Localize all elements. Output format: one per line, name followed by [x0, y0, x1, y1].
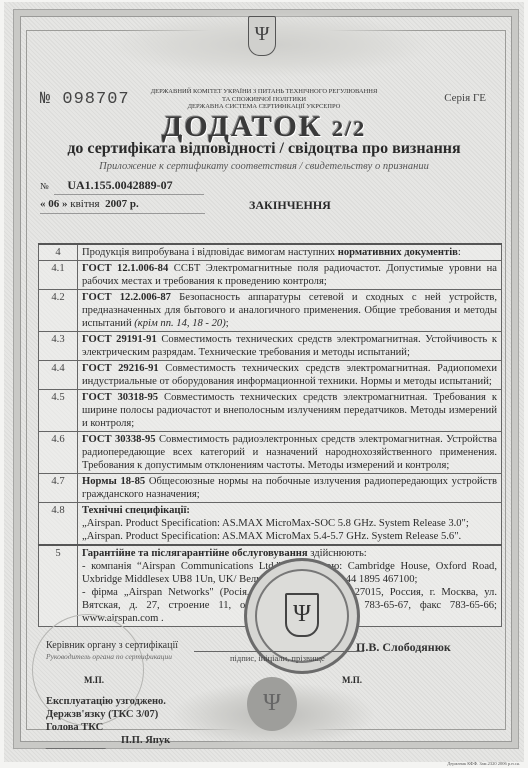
title-page: 2/2	[332, 116, 366, 141]
status-label: ЗАКІНЧЕННЯ	[249, 198, 331, 213]
row-bold: Нормы 18-85	[82, 476, 145, 487]
row-text: ГОСТ 12.2.006-87 Безопасность аппаратуры…	[78, 290, 502, 332]
cert-number-label: №	[40, 181, 49, 191]
date-month: квітня	[70, 198, 99, 210]
committee-line-2: та споживчої політики	[124, 96, 404, 104]
row-number: 5	[39, 545, 78, 627]
subtitle: до сертифіката відповідності / свідоцтва…	[4, 140, 524, 158]
row-text: ГОСТ 30338-95 Совместимость радиоэлектро…	[78, 432, 502, 474]
row-text: Технічні специфікації:„Airspan. Product …	[78, 503, 502, 546]
trident-crest-icon: Ψ	[248, 16, 276, 56]
cert-number-underline	[54, 194, 204, 195]
date-year: 2007 р.	[105, 198, 139, 210]
row-text: Общесоюзные нормы на побочные излучения …	[82, 476, 497, 500]
certificate-sheet: Ψ № 098707 Державний комітет України з п…	[4, 2, 524, 762]
row-number: 4.3	[39, 332, 78, 361]
table-row: 4Продукція випробувана і відповідає вимо…	[39, 244, 502, 261]
blank-number: № 098707	[40, 90, 130, 109]
row-text: ГОСТ 29216-91 Совместимость технических …	[78, 361, 502, 390]
approval-line-2: Держзв'язку (ТКС 3/07)	[46, 708, 166, 721]
certificate-number: № UA1.155.0042889-07	[40, 178, 173, 193]
row-bold: ГОСТ 12.1.006-84	[82, 263, 168, 274]
row-number: 4	[39, 244, 78, 261]
table-row: 4.5ГОСТ 30318-95 Совместимость техническ…	[39, 390, 502, 432]
row-tail-bold: нормативних документів	[338, 247, 458, 258]
row-tail: :	[458, 247, 461, 258]
table-row: 4.7Нормы 18-85 Общесоюзные нормы на побо…	[39, 474, 502, 503]
approval-line-1: Експлуатацію узгоджено.	[46, 695, 166, 708]
date-day: « 06 »	[40, 198, 68, 210]
trident-seal-icon: Ψ	[285, 593, 319, 637]
row-number: 4.1	[39, 261, 78, 290]
row-text: ГОСТ 29191-91 Совместимость технических …	[78, 332, 502, 361]
row-text: ГОСТ 12.1.006-84 ССБТ Электромагнитные п…	[78, 261, 502, 290]
table-row: 4.4ГОСТ 29216-91 Совместимость техническ…	[39, 361, 502, 390]
row-number: 4.4	[39, 361, 78, 390]
row-number: 4.5	[39, 390, 78, 432]
table-row: 4.8Технічні специфікації:„Airspan. Produ…	[39, 503, 502, 546]
row-bold: Гарантійне та післягарантійне обслуговув…	[82, 548, 308, 559]
table-row: 4.6ГОСТ 30338-95 Совместимость радиоэлек…	[39, 432, 502, 474]
row-bold: ГОСТ 29216-91	[82, 363, 159, 374]
table-row: 4.2ГОСТ 12.2.006-87 Безопасность аппарат…	[39, 290, 502, 332]
document-title: ДОДАТОК 2/2	[4, 110, 524, 144]
row-bold: ГОСТ 30338-95	[82, 434, 156, 445]
approval-signer: П.П. Япук	[121, 735, 170, 746]
series-label: Серія ГЕ	[444, 92, 486, 104]
row-text: Продукція випробувана і відповідає вимог…	[78, 244, 502, 261]
row-text: здійснюють:	[308, 548, 367, 559]
row-text: Продукція випробувана і відповідає вимог…	[82, 247, 338, 258]
subtitle-ru: Приложение к сертификату соответствия / …	[4, 161, 524, 172]
head-label: Керівник органу з сертифікації	[46, 640, 178, 651]
title-text: ДОДАТОК	[162, 110, 323, 143]
row-number: 4.7	[39, 474, 78, 503]
issuing-committee: Державний комітет України з питань техні…	[124, 88, 404, 111]
issue-date: « 06 » квітня 2007 р.	[40, 198, 139, 210]
trident-medal-icon: Ψ	[247, 677, 297, 731]
printer-imprint: Держзнак КФФ. Зам.2320 2006 р.н.ся.	[447, 761, 520, 766]
row-number: 4.2	[39, 290, 78, 332]
signer-name: П.В. Слободянюк	[356, 640, 451, 655]
row-text: ГОСТ 30318-95 Совместимость технических …	[78, 390, 502, 432]
row-bold: ГОСТ 12.2.006-87	[82, 292, 171, 303]
row-bold: Технічні специфікації:	[82, 505, 190, 516]
row-number: 4.8	[39, 503, 78, 546]
signature-line	[194, 651, 364, 652]
row-text: Нормы 18-85 Общесоюзные нормы на побочны…	[78, 474, 502, 503]
row-tail: ;	[226, 318, 229, 329]
stamp-place-1: М.П.	[84, 675, 104, 685]
cert-number-value: UA1.155.0042889-07	[67, 178, 172, 192]
row-bold: ГОСТ 29191-91	[82, 334, 157, 345]
date-underline	[40, 213, 205, 214]
committee-line-1: Державний комітет України з питань техні…	[124, 88, 404, 96]
row-bold: ГОСТ 30318-95	[82, 392, 158, 403]
head-label-ru: Руководитель органа по сертификации	[46, 652, 172, 661]
table-row: 4.1ГОСТ 12.1.006-84 ССБТ Электромагнитны…	[39, 261, 502, 290]
row-italic: (крім пп. 14, 18 - 20)	[134, 318, 225, 329]
row-line: „Airspan. Product Specification: AS.MAX …	[82, 517, 497, 530]
row-line: „Airspan. Product Specification: AS.MAX …	[82, 530, 497, 543]
signature-hint: підпис, ініціали, прізвище	[230, 653, 325, 663]
table-row: 4.3ГОСТ 29191-91 Совместимость техническ…	[39, 332, 502, 361]
row-number: 4.6	[39, 432, 78, 474]
